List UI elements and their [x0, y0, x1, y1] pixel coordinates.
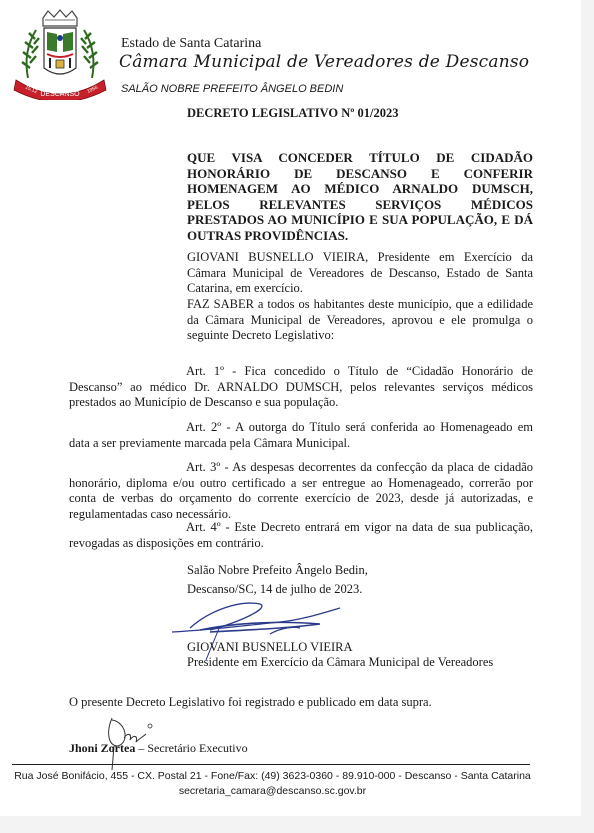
- header-venue: SALÃO NOBRE PREFEITO ÂNGELO BEDIN: [121, 83, 343, 95]
- place-line: Salão Nobre Prefeito Ângelo Bedin,: [187, 561, 368, 580]
- article-3-text: - As despesas decorrentes da confecção d…: [69, 460, 533, 521]
- registration-note: O presente Decreto Legislativo foi regis…: [69, 695, 432, 710]
- article-1-text: - Fica concedido o Título de “Cidadão Ho…: [69, 364, 533, 409]
- secretary-role: – Secretário Executivo: [135, 741, 247, 755]
- date-line: Descanso/SC, 14 de julho de 2023.: [187, 580, 368, 599]
- footer-email[interactable]: secretaria_camara@descanso.sc.gov.br: [0, 785, 545, 797]
- preamble-paragraph: GIOVANI BUSNELLO VIEIRA, Presidente em E…: [187, 250, 533, 297]
- document-title: DECRETO LEGISLATIVO Nº 01/2023: [187, 106, 398, 121]
- article-2-label: Art. 2º: [186, 420, 221, 434]
- signer-role: Presidente em Exercício da Câmara Munici…: [187, 655, 493, 670]
- signer-block: GIOVANI BUSNELLO VIEIRA Presidente em Ex…: [187, 640, 493, 670]
- article-1-label: Art. 1º: [186, 364, 224, 378]
- document-ementa: QUE VISA CONCEDER TÍTULO DE CIDADÃO HONO…: [187, 150, 533, 244]
- header-institution: Câmara Municipal de Vereadores de Descan…: [119, 52, 529, 72]
- footer-divider: [12, 764, 530, 765]
- signer-name: GIOVANI BUSNELLO VIEIRA: [187, 640, 493, 655]
- header-state: Estado de Santa Catarina: [121, 36, 261, 52]
- article-4-label: Art. 4º: [186, 520, 221, 534]
- place-and-date: Salão Nobre Prefeito Ângelo Bedin, Desca…: [187, 561, 368, 599]
- article-3-label: Art. 3º: [186, 460, 220, 474]
- footer-address: Rua José Bonifácio, 455 - CX. Postal 21 …: [0, 770, 545, 782]
- article-4: Art. 4º - Este Decreto entrará em vigor …: [69, 520, 533, 551]
- secretary-line: Jhoni Zortea – Secretário Executivo: [69, 741, 248, 756]
- coat-of-arms-icon: DESCANSO 15.12 1956: [10, 8, 110, 100]
- crest-ribbon-text: DESCANSO: [40, 91, 80, 98]
- article-1: Art. 1º - Fica concedido o Título de “Ci…: [69, 364, 533, 411]
- article-2-text: - A outorga do Título será conferida ao …: [69, 420, 533, 450]
- article-3: Art. 3º - As despesas decorrentes da con…: [69, 460, 533, 522]
- article-4-text: - Este Decreto entrará em vigor na data …: [69, 520, 533, 550]
- article-2: Art. 2º - A outorga do Título será confe…: [69, 420, 533, 451]
- secretary-name: Jhoni Zortea: [69, 741, 135, 755]
- document-page: DESCANSO 15.12 1956 Estado de Santa Cata…: [0, 0, 581, 816]
- faz-saber-paragraph: FAZ SABER a todos os habitantes deste mu…: [187, 297, 533, 344]
